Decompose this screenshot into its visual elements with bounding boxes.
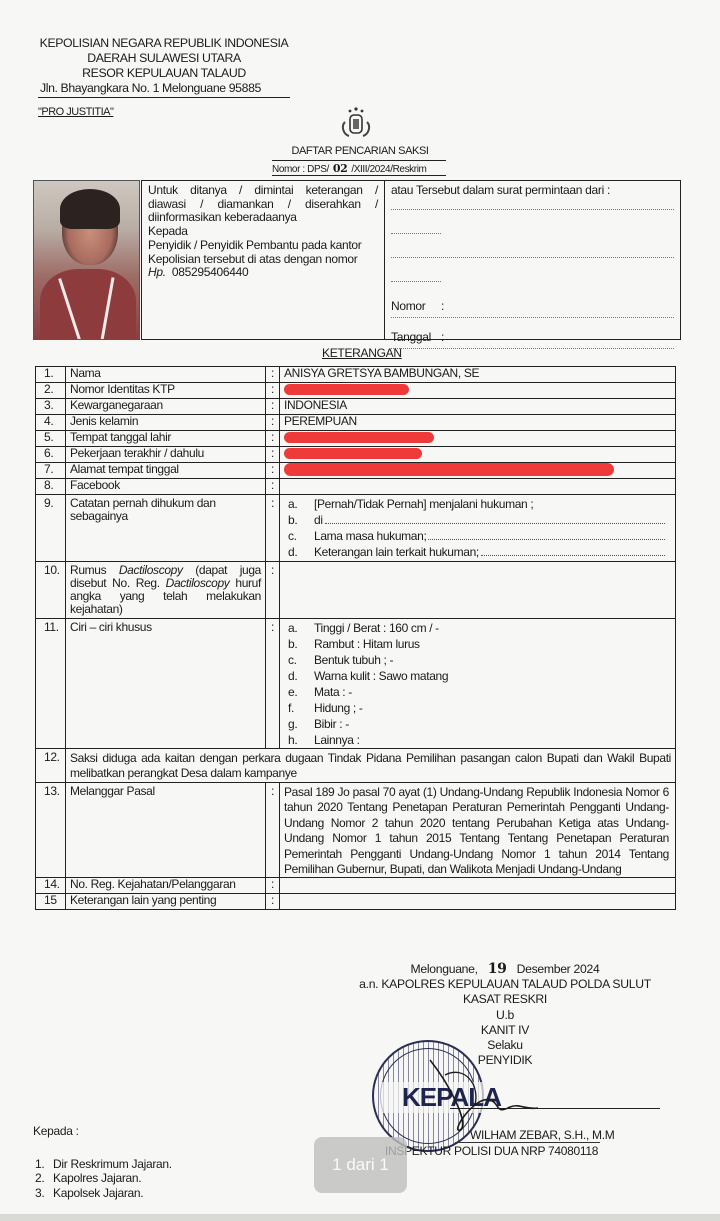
row-number: 13. [36, 783, 66, 878]
item-value: Mata : - [314, 684, 671, 700]
item-value: Bibir : - [314, 716, 671, 732]
document-page: KEPOLISIAN NEGARA REPUBLIK INDONESIA DAE… [0, 0, 720, 1216]
item-text: Dir Reskrimum Jajaran. [53, 1157, 172, 1171]
nomor-handwritten: 02 [333, 162, 348, 175]
letterhead-line1: KEPOLISIAN NEGARA REPUBLIK INDONESIA [38, 36, 290, 51]
row-number: 5. [36, 431, 66, 447]
row-label: Nama [66, 367, 266, 383]
signature-scribble-icon [420, 1055, 540, 1135]
item-key: h. [284, 732, 314, 748]
colon: : [266, 619, 280, 749]
signer-rank: INSPEKTUR POLISI DUA NRP 74080118 [385, 1144, 598, 1158]
row-value [280, 479, 676, 495]
document-title: DAFTAR PENCARIAN SAKSI [260, 145, 460, 157]
row-number: 11. [36, 619, 66, 749]
case-description: Saksi diduga ada kaitan dengan perkara d… [66, 749, 676, 783]
row-number: 8. [36, 479, 66, 495]
sign-line: U.b [330, 1008, 680, 1023]
row-number: 7. [36, 463, 66, 479]
item-text: Kapolres Jajaran. [53, 1171, 141, 1185]
letterhead: KEPOLISIAN NEGARA REPUBLIK INDONESIA DAE… [38, 36, 290, 98]
row-value [280, 894, 676, 910]
row-value [280, 562, 676, 619]
table-row: 11. Ciri – ciri khusus : a.Tinggi / Bera… [36, 619, 676, 749]
keterangan-table: 1. Nama : ANISYA GRETSYA BAMBUNGAN, SE 2… [35, 366, 676, 910]
sign-line: Selaku [330, 1038, 680, 1053]
row-value: ANISYA GRETSYA BAMBUNGAN, SE [280, 367, 676, 383]
instruction-box: Untuk ditanya / dimintai keterangan / di… [141, 180, 384, 340]
instruction-line: Untuk ditanya / dimintai keterangan / [148, 184, 378, 198]
colon: : [441, 330, 444, 344]
table-row: 2. Nomor Identitas KTP : [36, 383, 676, 399]
criminal-record-list: a.[Pernah/Tidak Pernah] menjalani hukuma… [280, 495, 676, 562]
row-number: 3. [36, 399, 66, 415]
row-label: Tempat tanggal lahir [66, 431, 266, 447]
row-number: 4. [36, 415, 66, 431]
colon: : [266, 367, 280, 383]
sign-line: a.n. KAPOLRES KEPULAUAN TALAUD POLDA SUL… [330, 977, 680, 992]
row-label: Rumus Dactiloscopy (dapat juga disebut N… [66, 562, 266, 619]
witness-photo [33, 180, 140, 340]
table-row: 3. Kewarganegaraan : INDONESIA [36, 399, 676, 415]
colon: : [266, 495, 280, 562]
row-label: Alamat tempat tinggal [66, 463, 266, 479]
sign-month-year: Desember 2024 [517, 962, 600, 976]
phone-label: Hp. [148, 265, 166, 279]
recipients-label: Kepada : [33, 1124, 79, 1138]
item-value: Lama masa hukuman; [314, 528, 426, 544]
item-key: c. [284, 652, 314, 668]
colon: : [266, 383, 280, 399]
letterhead-address: Jln. Bhayangkara No. 1 Melonguane 95885 [38, 81, 290, 98]
row-number: 9. [36, 495, 66, 562]
item-value: Lainnya : [314, 732, 671, 748]
colon: : [266, 479, 280, 495]
colon: : [266, 894, 280, 910]
item-key: e. [284, 684, 314, 700]
colon: : [441, 299, 444, 313]
row-label: Catatan pernah dihukum dan sebagainya [66, 495, 266, 562]
item-key: a. [284, 620, 314, 636]
contact-phone: Hp. 085295406440 [148, 266, 378, 280]
list-item: 3. Kapolsek Jajaran. [35, 1186, 172, 1200]
item-value: di [314, 512, 323, 528]
row-label: No. Reg. Kejahatan/Pelanggaran [66, 878, 266, 894]
signer-name: WILHAM ZEBAR, S.H., M.M [470, 1128, 614, 1142]
row-number: 15 [36, 894, 66, 910]
instruction-line: Kepolisian tersebut di atas dengan nomor [148, 253, 378, 267]
list-item: 2. Kapolres Jajaran. [35, 1171, 172, 1185]
table-row: 6. Pekerjaan terakhir / dahulu : [36, 447, 676, 463]
sign-date: Melonguane,19Desember 2024 [330, 962, 680, 977]
instruction-line: Kepada [148, 225, 378, 239]
row-value: INDONESIA [280, 399, 676, 415]
item-key: f. [284, 700, 314, 716]
sign-line: KASAT RESKRI [330, 992, 680, 1007]
colon: : [266, 463, 280, 479]
row-number: 12. [36, 749, 66, 783]
item-value: [Pernah/Tidak Pernah] menjalani hukuman … [314, 496, 671, 512]
table-row: 12. Saksi diduga ada kaitan dengan perka… [36, 749, 676, 783]
row-label: Melanggar Pasal [66, 783, 266, 878]
row-label: Keterangan lain yang penting [66, 894, 266, 910]
item-text: Kapolsek Jajaran. [53, 1186, 143, 1200]
tanggal-label: Tanggal [391, 330, 441, 344]
item-value: Warna kulit : Sawo matang [314, 668, 671, 684]
colon: : [266, 399, 280, 415]
row-value-redacted [280, 383, 676, 399]
item-key: d. [284, 544, 314, 560]
nomor-prefix: Nomor : DPS/ [272, 164, 329, 175]
row-label: Facebook [66, 479, 266, 495]
row-value-redacted [280, 463, 676, 479]
row-label: Kewarganegaraan [66, 399, 266, 415]
item-value: Hidung ; - [314, 700, 671, 716]
instruction-line: Penyidik / Penyidik Pembantu pada kantor [148, 239, 378, 253]
table-row: 13. Melanggar Pasal : Pasal 189 Jo pasal… [36, 783, 676, 878]
special-features-list: a.Tinggi / Berat : 160 cm / - b.Rambut :… [280, 619, 676, 749]
request-heading: atau Tersebut dalam surat permintaan dar… [391, 183, 674, 199]
item-value: Keterangan lain terkait hukuman; [314, 544, 479, 560]
colon: : [266, 878, 280, 894]
table-row: 4. Jenis kelamin : PEREMPUAN [36, 415, 676, 431]
pro-justitia-label: "PRO JUSTITIA" [38, 106, 113, 118]
table-row: 1. Nama : ANISYA GRETSYA BAMBUNGAN, SE [36, 367, 676, 383]
row-label: Nomor Identitas KTP [66, 383, 266, 399]
colon: : [266, 783, 280, 878]
request-source-box: atau Tersebut dalam surat permintaan dar… [384, 180, 681, 340]
signer-name-underline [455, 1142, 600, 1143]
instruction-line: diawasi / diamankan / diserahkan / [148, 198, 378, 212]
row-label: Pekerjaan terakhir / dahulu [66, 447, 266, 463]
item-key: b. [284, 512, 314, 528]
nomor-label: Nomor [391, 299, 441, 313]
table-row: 5. Tempat tanggal lahir : [36, 431, 676, 447]
sign-place: Melonguane, [411, 962, 478, 976]
item-value: Rambut : Hitam lurus [314, 636, 671, 652]
row-value-redacted [280, 431, 676, 447]
item-value: Bentuk tubuh ; - [314, 652, 671, 668]
colon: : [266, 562, 280, 619]
item-key: c. [284, 528, 314, 544]
instruction-line: diinformasikan keberadaanya [148, 211, 378, 225]
table-row: 8. Facebook : [36, 479, 676, 495]
table-row: 14. No. Reg. Kejahatan/Pelanggaran : [36, 878, 676, 894]
page-indicator: 1 dari 1 [314, 1137, 407, 1193]
item-value: Tinggi / Berat : 160 cm / - [314, 620, 671, 636]
row-value [280, 878, 676, 894]
nomor-suffix: /XIII/2024/Reskrim [351, 164, 426, 175]
row-number: 6. [36, 447, 66, 463]
police-emblem-icon [337, 106, 375, 140]
item-number: 3. [35, 1186, 50, 1200]
table-row: 10. Rumus Dactiloscopy (dapat juga diseb… [36, 562, 676, 619]
row-number: 14. [36, 878, 66, 894]
item-key: b. [284, 636, 314, 652]
row-number: 2. [36, 383, 66, 399]
document-number: Nomor : DPS/02/XIII/2024/Reskrim [272, 160, 446, 176]
row-value-redacted [280, 447, 676, 463]
item-key: g. [284, 716, 314, 732]
colon: : [266, 447, 280, 463]
row-number: 10. [36, 562, 66, 619]
sign-day: 19 [488, 961, 507, 977]
row-label: Ciri – ciri khusus [66, 619, 266, 749]
recipients-list: 1. Dir Reskrimum Jajaran. 2. Kapolres Ja… [35, 1157, 172, 1200]
row-number: 1. [36, 367, 66, 383]
item-key: a. [284, 496, 314, 512]
item-key: d. [284, 668, 314, 684]
label-part: Rumus [70, 563, 119, 577]
item-number: 2. [35, 1171, 50, 1185]
table-row: 7. Alamat tempat tinggal : [36, 463, 676, 479]
list-item: 1. Dir Reskrimum Jajaran. [35, 1157, 172, 1171]
item-number: 1. [35, 1157, 50, 1171]
phone-number: 085295406440 [172, 265, 249, 279]
table-row: 9. Catatan pernah dihukum dan sebagainya… [36, 495, 676, 562]
letterhead-line2: DAERAH SULAWESI UTARA [38, 51, 290, 66]
keterangan-title: KETERANGAN [322, 346, 402, 360]
page-bottom-edge [0, 1214, 720, 1221]
colon: : [266, 415, 280, 431]
signature-block: Melonguane,19Desember 2024 a.n. KAPOLRES… [330, 962, 680, 1068]
table-row: 15 Keterangan lain yang penting : [36, 894, 676, 910]
colon: : [266, 431, 280, 447]
label-part: Dactiloscopy [166, 576, 230, 590]
row-value: PEREMPUAN [280, 415, 676, 431]
letterhead-line3: RESOR KEPULAUAN TALAUD [38, 66, 290, 81]
violated-article: Pasal 189 Jo pasal 70 ayat (1) Undang-Un… [280, 783, 676, 878]
row-label: Jenis kelamin [66, 415, 266, 431]
sign-line: KANIT IV [330, 1023, 680, 1038]
label-part: Dactiloscopy [119, 563, 183, 577]
